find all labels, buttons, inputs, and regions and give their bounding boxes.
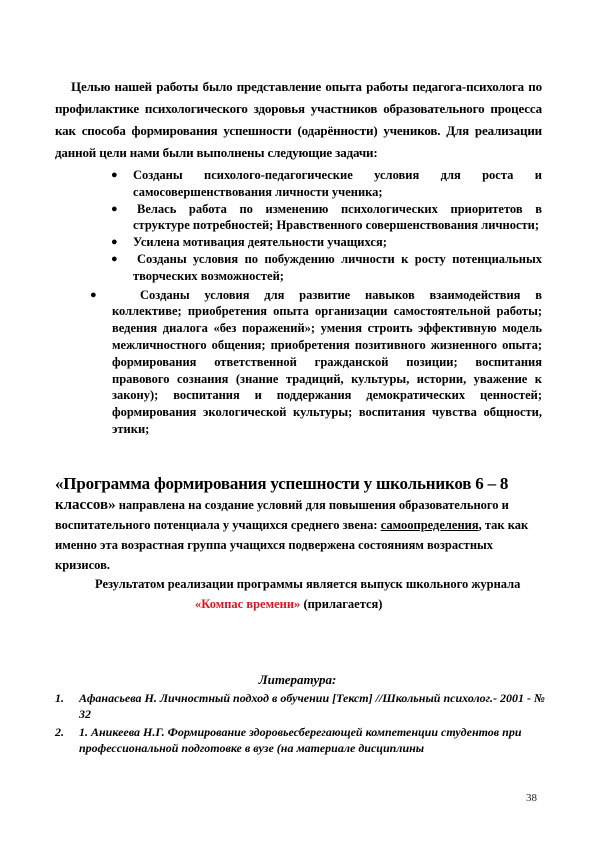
literature-text: 1. Аникеева Н.Г. Формирование здоровьесб… — [79, 725, 522, 755]
task-text: Велась работа по изменению психологическ… — [133, 201, 542, 235]
journal-name: «Компас времени» — [195, 597, 300, 611]
bullet-icon: ● — [111, 234, 118, 251]
task-text: Созданы условия по побуждению личности к… — [133, 251, 542, 285]
program-title: «Программа формирования успешности у шко… — [55, 474, 508, 493]
task-text: Созданы психолого-педагогические условия… — [133, 168, 542, 199]
result-journal-line: «Компас времени» (прилагается) — [55, 594, 542, 614]
task-item: ● Велась работа по изменению психологиче… — [133, 201, 542, 235]
attached-note: (прилагается) — [300, 597, 382, 611]
result-paragraph: Результатом реализации программы являетс… — [55, 574, 542, 614]
bullet-icon: ● — [111, 251, 118, 268]
literature-item: 1. Афанасьева Н. Личностный подход в обу… — [55, 690, 545, 722]
task-text: Созданы условия для развитие навыков вза… — [112, 287, 542, 438]
underlined-term: самоопределения — [381, 518, 479, 532]
task-item: ● Созданы условия по побуждению личности… — [133, 251, 542, 285]
program-paragraph: «Программа формирования успешности у шко… — [55, 474, 542, 575]
literature-number: 2. — [55, 724, 64, 740]
task-text: Усилена мотивация деятельности учащихся; — [133, 235, 387, 249]
literature-item: 2. 1. Аникеева Н.Г. Формирование здоровь… — [55, 724, 545, 756]
task-item: ● Созданы условия для развитие навыков в… — [112, 287, 542, 438]
bullet-icon: ● — [90, 287, 97, 304]
literature-heading: Литература: — [0, 672, 595, 688]
program-title-continued: классов» — [55, 497, 116, 513]
literature-text: Афанасьева Н. Личностный подход в обучен… — [79, 691, 545, 721]
page-number: 38 — [526, 792, 537, 804]
task-item: ● Усилена мотивация деятельности учащихс… — [133, 234, 542, 251]
result-text: Результатом реализации программы являетс… — [55, 574, 542, 594]
literature-number: 1. — [55, 690, 64, 706]
intro-paragraph: Целью нашей работы было представление оп… — [55, 76, 542, 164]
bullet-icon: ● — [111, 167, 118, 184]
document-page: Целью нашей работы было представление оп… — [0, 0, 595, 842]
bullet-icon: ● — [111, 201, 118, 218]
task-item: ● Созданы психолого-педагогические услов… — [133, 167, 542, 201]
literature-list: 1. Афанасьева Н. Личностный подход в обу… — [55, 690, 545, 758]
task-list: ● Созданы психолого-педагогические услов… — [0, 167, 595, 438]
